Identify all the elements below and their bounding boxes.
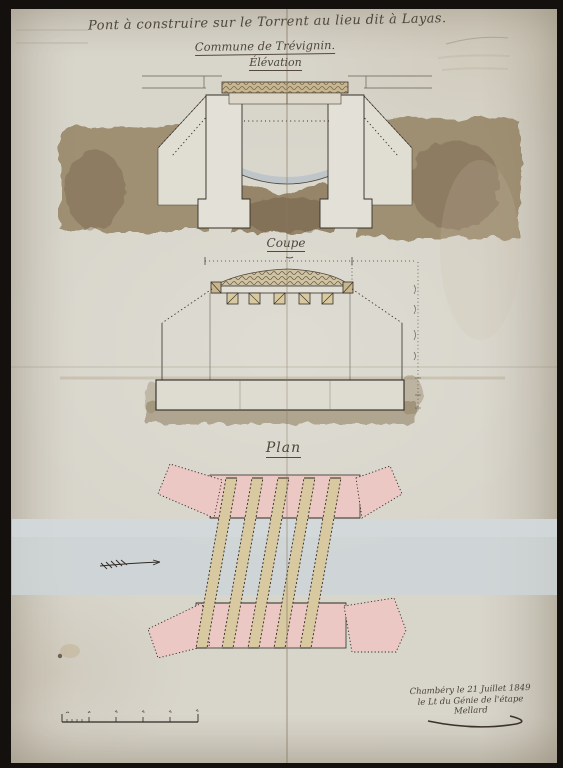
stream-band-edge xyxy=(12,519,557,537)
plan-label: Plan xyxy=(246,440,321,456)
coupe-view xyxy=(60,257,505,424)
wing-walls xyxy=(158,96,412,205)
commune-subtitle: Commune de Trévignin. xyxy=(175,38,355,55)
coupe-label-text: Coupe xyxy=(267,236,306,252)
drawing-canvas xyxy=(0,0,563,768)
signature-flourish xyxy=(428,716,522,727)
vertical-fold-line xyxy=(286,9,288,763)
deck-slab xyxy=(212,286,352,293)
plan-abutment-bottom xyxy=(148,598,406,658)
elevation-label: Élévation xyxy=(228,56,323,69)
scanned-drawing-photo: Pont à construire sur le Torrent au lieu… xyxy=(0,0,563,768)
bridge-deck xyxy=(222,82,348,104)
plan-view xyxy=(12,464,557,658)
elevation-label-text: Élévation xyxy=(249,56,301,71)
coupe-label: Coupe xyxy=(250,236,322,250)
gravel-arch xyxy=(212,269,352,287)
footing-section xyxy=(156,380,404,410)
scale-bar xyxy=(62,710,198,722)
horizontal-fold-line xyxy=(11,366,557,368)
commune-subtitle-text: Commune de Trévignin. xyxy=(195,38,336,56)
beam-sections xyxy=(227,293,333,304)
plan-label-text: Plan xyxy=(266,440,301,458)
guide-lines xyxy=(16,30,88,43)
signature-block: Chambéry le 21 Juillet 1849 le Lt du Gén… xyxy=(388,682,554,719)
